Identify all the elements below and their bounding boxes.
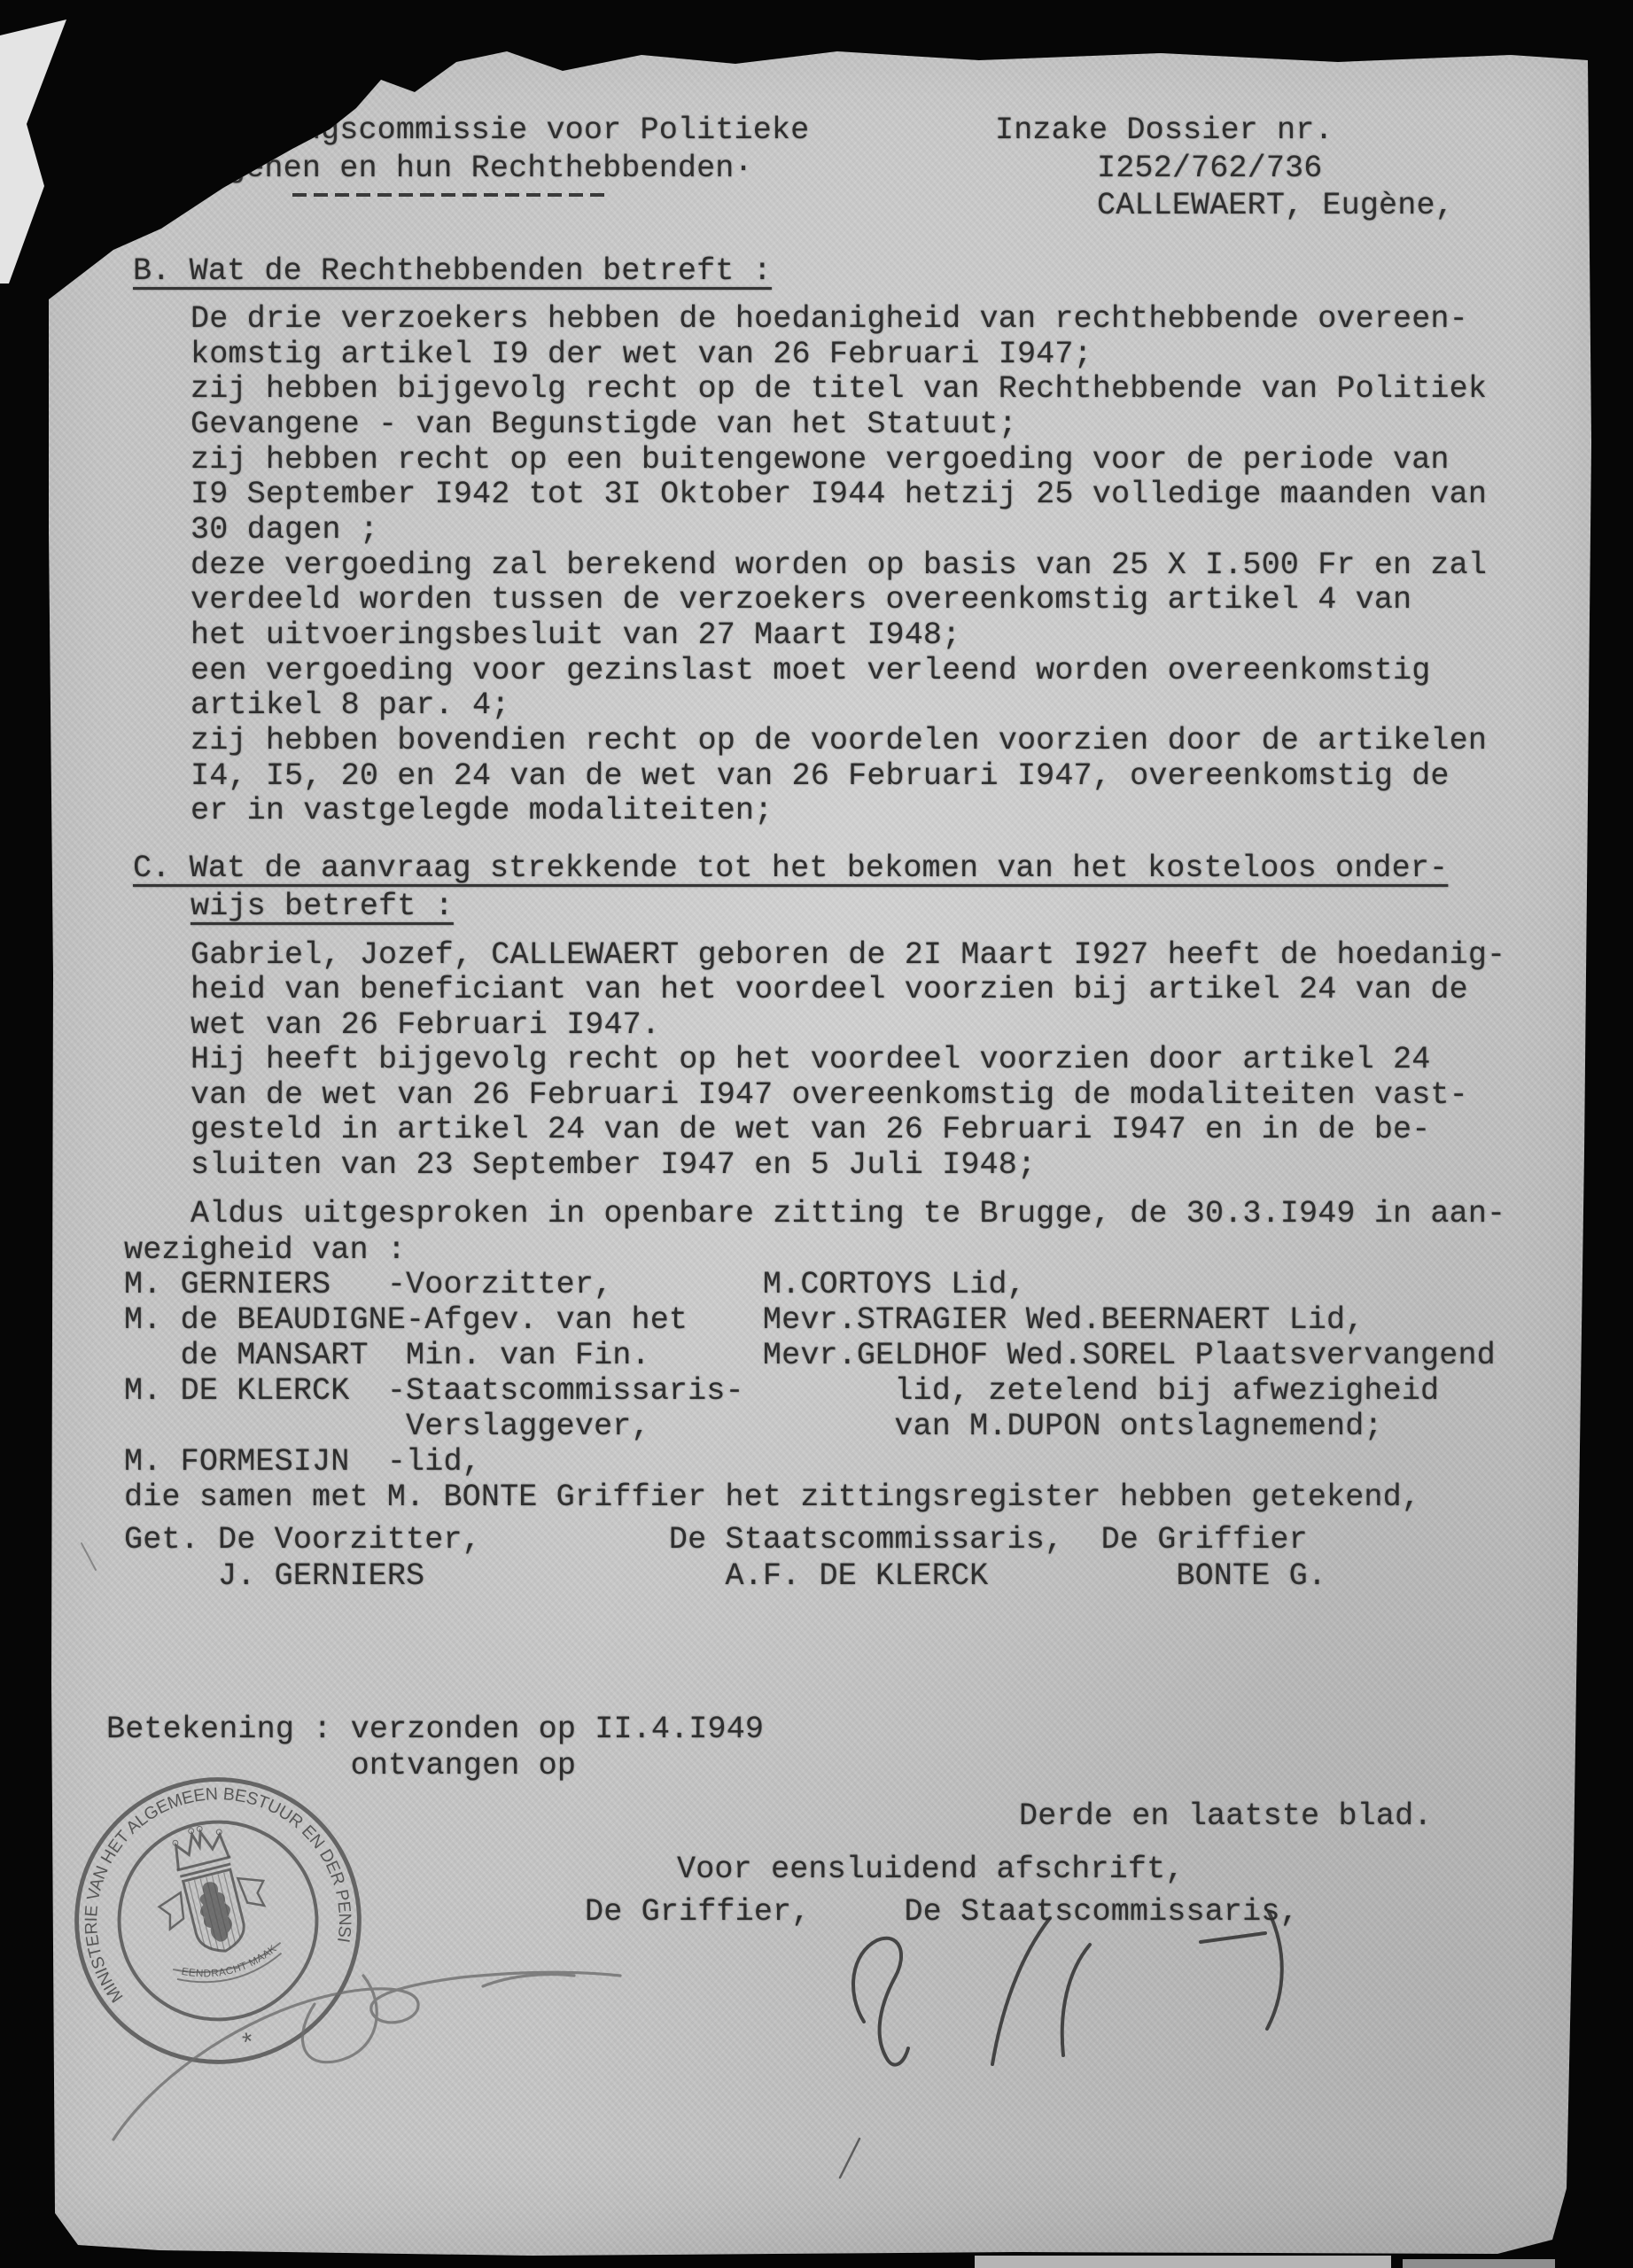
dossier-label: Inzake Dossier nr. [995,113,1334,148]
section-b-line: De drie verzoekers hebben de hoedanighei… [191,301,1468,337]
org-name-line1: Aanvaardingscommissie voor Politieke [133,113,809,148]
section-c-line: van de wet van 26 Februari I947 overeenk… [191,1077,1468,1113]
scan-strip-bottom-gray [1403,2259,1555,2268]
closing-line2: wezigheid van : [124,1232,406,1268]
section-b-heading: B. Wat de Rechthebbenden betreft : [133,253,772,289]
dossier-name: CALLEWAERT, Eugène, [1097,188,1454,223]
signature-staatscommissaris [853,1912,1282,2065]
org-name-line2: Gevangenen en hun Rechthebbenden· [133,151,753,186]
attendance-row: M. DE KLERCK -Staatscommissaris- lid, ze… [124,1373,1439,1409]
page-note: Derde en laatste blad. [1019,1798,1432,1834]
section-b-line: zij hebben bovendien recht op de voordel… [191,723,1487,758]
section-b-line: I4, I5, 20 en 24 van de wet van 26 Febru… [191,758,1450,794]
section-b-line: verdeeld worden tussen de verzoekers ove… [191,582,1411,617]
divider-dashes [292,193,608,197]
section-c-line: Hij heeft bijgevolg recht op het voordee… [191,1042,1430,1077]
attendance-row: de MANSART Min. van Fin. Mevr.GELDHOF We… [124,1338,1496,1373]
ministry-stamp: MINISTERIE VAN HET ALGEMEEN BESTUUR EN D… [29,1732,408,2110]
section-c-line: wet van 26 Februari I947. [191,1007,660,1043]
section-b-line: komstig artikel I9 der wet van 26 Februa… [191,337,1093,372]
section-b-line: een vergoeding voor gezinslast moet verl… [191,653,1430,688]
closing-line1: Aldus uitgesproken in openbare zitting t… [191,1196,1505,1231]
section-c-line: heid van beneficiant van het voordeel vo… [191,972,1468,1007]
scan-strip-bottom-light [975,2256,1391,2268]
ink-specks [55,82,224,150]
section-b-line: zij hebben bijgevolg recht op de titel v… [191,371,1487,407]
stray-backslash-mark [82,1543,96,1570]
section-b-line: zij hebben recht op een buitengewone ver… [191,442,1450,478]
document-page: Aanvaardingscommissie voor Politieke Gev… [0,0,1633,2268]
section-c-line: sluiten van 23 September I947 en 5 Juli … [191,1147,1036,1183]
scan-edge-sliver-top-left [0,0,106,292]
section-b-line: Gevangene - van Begunstigde van het Stat… [191,407,1017,442]
attendance-row: M. FORMESIJN -lid, [124,1444,481,1480]
section-b-line: 30 dagen ; [191,512,378,548]
section-c-line: Gabriel, Jozef, CALLEWAERT geboren de 2I… [191,937,1505,973]
certify-line2: De Griffier, De Staatscommissaris, [585,1894,1299,1930]
stray-slash-mark [840,2139,859,2178]
section-c-heading-line2: wijs betreft : [191,889,454,924]
betekening-line1: Betekening : verzonden op II.4.I949 [106,1712,764,1747]
certify-line1: Voor eensluidend afschrift, [677,1852,1185,1887]
attendance-row: M. GERNIERS -Voorzitter, M.CORTOYS Lid, [124,1267,1026,1302]
section-b-line: artikel 8 par. 4; [191,687,509,723]
section-b-line: deze vergoeding zal berekend worden op b… [191,548,1487,583]
dossier-number: I252/762/736 [1097,151,1322,186]
attendance-row: M. de BEAUDIGNE-Afgev. van het Mevr.STRA… [124,1302,1364,1338]
signed-names-row: J. GERNIERS A.F. DE KLERCK BONTE G. [124,1558,1326,1594]
section-c-line: gesteld in artikel 24 van de wet van 26 … [191,1112,1430,1147]
section-b-line: er in vastgelegde modaliteiten; [191,793,773,828]
attendance-row: Verslaggever, van M.DUPON ontslagnemend; [124,1409,1383,1444]
stamp-star: * [240,2026,257,2057]
section-b-line: I9 September I942 tot 3I Oktober I944 he… [191,477,1487,512]
attendance-row: die samen met M. BONTE Griffier het zitt… [124,1480,1420,1515]
section-c-heading-line1: C. Wat de aanvraag strekkende tot het be… [133,850,1448,886]
section-b-line: het uitvoeringsbesluit van 27 Maart I948… [191,617,960,653]
signed-titles-row: Get. De Voorzitter, De Staatscommissaris… [124,1522,1308,1557]
